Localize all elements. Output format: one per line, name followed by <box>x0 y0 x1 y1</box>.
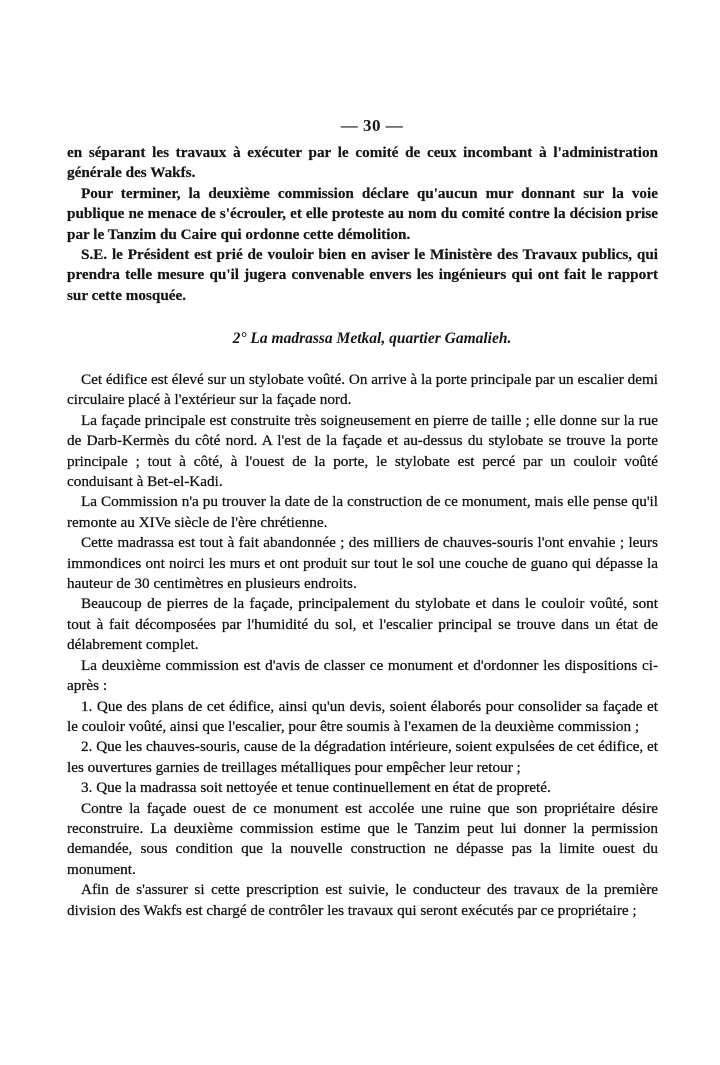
paragraph: La deuxième commission est d'avis de cla… <box>67 656 658 697</box>
list-item: 1. Que des plans de cet édifice, ainsi q… <box>67 697 658 738</box>
paragraph: Afin de s'assurer si cette prescription … <box>67 880 658 921</box>
paragraph: La façade principale est construite très… <box>67 411 658 493</box>
section-body: Cet édifice est élevé sur un stylobate v… <box>67 370 658 921</box>
paragraph: Pour terminer, la deuxième commission dé… <box>67 184 658 245</box>
paragraph: en séparant les travaux à exécuter par l… <box>67 143 658 184</box>
paragraph: Cette madrassa est tout à fait abandonné… <box>67 533 658 594</box>
paragraph: S.E. le Président est prié de vouloir bi… <box>67 245 658 306</box>
paragraph: Cet édifice est élevé sur un stylobate v… <box>67 370 658 411</box>
paragraph: Contre la façade ouest de ce monument es… <box>67 799 658 881</box>
continuation-text: en séparant les travaux à exécuter par l… <box>67 143 658 306</box>
list-item: 2. Que les chauves-souris, cause de la d… <box>67 737 658 778</box>
section-heading: 2° La madrassa Metkal, quartier Gamalieh… <box>12 330 720 348</box>
paragraph: Beaucoup de pierres de la façade, princi… <box>67 594 658 655</box>
document-page: — 30 — en séparant les travaux à exécute… <box>0 0 720 1065</box>
list-item: 3. Que la madrassa soit nettoyée et tenu… <box>67 778 658 798</box>
page-number: — 30 — <box>12 116 720 136</box>
paragraph: La Commission n'a pu trouver la date de … <box>67 492 658 533</box>
